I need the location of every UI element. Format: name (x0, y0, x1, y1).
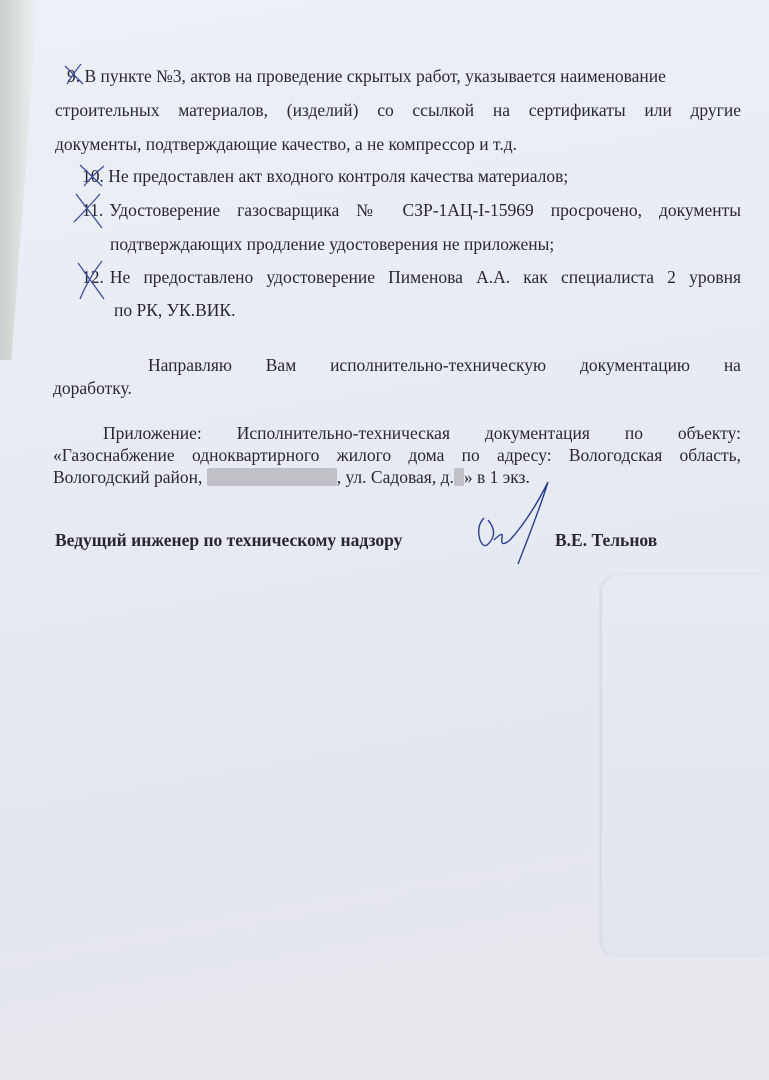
item-9-line-3: документы, подтверждающие качество, а не… (55, 134, 517, 154)
signatory-name: В.Е. Тельнов (555, 530, 657, 550)
handwritten-signature-icon (470, 478, 560, 568)
item-11-line-2: подтверждающих продление удостоверения н… (110, 234, 554, 254)
word: документацию (580, 355, 690, 375)
photo-shadow (0, 0, 38, 360)
word: Исполнительно-техническая (237, 423, 450, 443)
item-9-line-1: 9. В пункте №3, актов на проведение скры… (67, 66, 741, 86)
attachment-line-2: «Газоснабжение одноквартирного жилого до… (53, 445, 741, 465)
item-9-line-2: строительных материалов, (изделий) со сс… (55, 100, 741, 120)
item-number: 10. (82, 166, 104, 186)
attachment-line-3: Вологодский район, , ул. Садовая, д.» в … (53, 467, 530, 487)
item-11-line-1: 11. Удостоверение газосварщика № СЗР-1АЦ… (82, 200, 741, 220)
word: на (724, 355, 741, 375)
item-text: В пункте №3, актов на проведение скрытых… (85, 66, 666, 86)
word: Вам (266, 355, 297, 375)
item-10: 10. Не предоставлен акт входного контрол… (82, 166, 568, 186)
word: объекту: (678, 423, 741, 443)
word: исполнительно-техническую (330, 355, 546, 375)
redacted-block (207, 468, 337, 486)
cover-paragraph-line-1: Направляю Вам исполнительно-техническую … (148, 355, 741, 375)
word: Приложение: (103, 423, 202, 443)
item-number: 12. (82, 267, 104, 287)
item-text: Удостоверение газосварщика № СЗР-1АЦ-I-1… (109, 200, 741, 220)
cover-paragraph-line-2: доработку. (53, 378, 132, 398)
word: документация (485, 423, 590, 443)
text: Вологодский район, (53, 467, 202, 487)
word: Направляю (148, 355, 232, 375)
redacted-block (454, 468, 464, 486)
signatory-position: Ведущий инженер по техническому надзору (55, 530, 402, 550)
attachment-line-1: Приложение: Исполнительно-техническая до… (103, 423, 741, 443)
word: по (625, 423, 643, 443)
item-number: 9. (67, 66, 80, 86)
item-text: Не предоставлено удостоверение Пименова … (110, 267, 741, 287)
item-text: Не предоставлен акт входного контроля ка… (108, 166, 568, 186)
text: , ул. Садовая, д. (337, 467, 454, 487)
item-number: 11. (82, 200, 103, 220)
item-12-line-1: 12. Не предоставлено удостоверение Пимен… (82, 267, 741, 287)
paper-fold (602, 575, 769, 955)
item-12-line-2: по РК, УК.ВИК. (114, 300, 235, 320)
